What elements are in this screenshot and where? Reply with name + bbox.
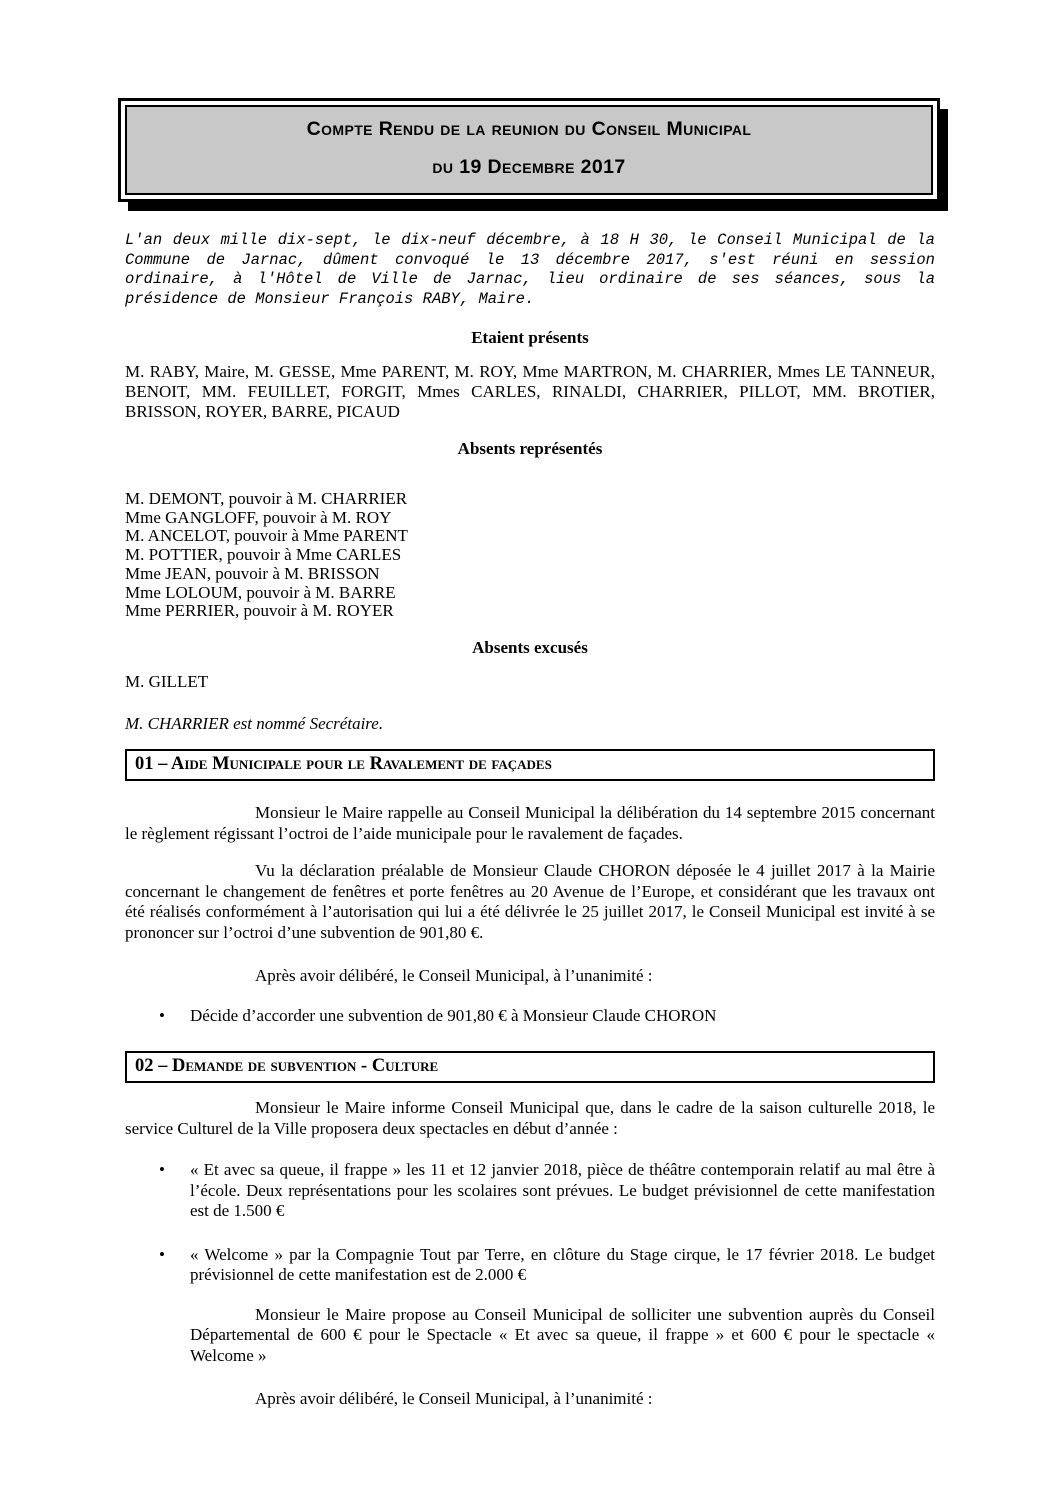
session-intro-paragraph: L'an deux mille dix-sept, le dix-neuf dé…: [125, 231, 935, 309]
proxy-line: M. DEMONT, pouvoir à M. CHARRIER: [125, 490, 935, 509]
presents-heading: Etaient présents: [125, 328, 935, 349]
item01-paragraph-1: Monsieur le Maire rappelle au Conseil Mu…: [125, 803, 935, 844]
proxy-line: Mme GANGLOFF, pouvoir à M. ROY: [125, 509, 935, 528]
bullet-icon: •: [159, 1245, 165, 1266]
absents-excuses-heading: Absents excusés: [125, 638, 935, 659]
proxy-line: Mme LOLOUM, pouvoir à M. BARRE: [125, 584, 935, 603]
absents-representes-list: M. DEMONT, pouvoir à M. CHARRIER Mme GAN…: [125, 490, 935, 621]
item01-deliberation-line: Après avoir délibéré, le Conseil Municip…: [125, 966, 935, 987]
secretary-note: M. CHARRIER est nommé Secrétaire.: [125, 714, 935, 735]
item02-show-2-text: « Welcome » par la Compagnie Tout par Te…: [190, 1245, 935, 1285]
title-banner: Compte Rendu de la reunion du Conseil Mu…: [118, 98, 940, 202]
section-heading-01: 01 – Aide Municipale pour le Ravalement …: [125, 749, 935, 781]
list-item: • « Welcome » par la Compagnie Tout par …: [190, 1245, 935, 1286]
item02-deliberation-line: Après avoir délibéré, le Conseil Municip…: [125, 1389, 935, 1410]
document-body: L'an deux mille dix-sept, le dix-neuf dé…: [125, 231, 935, 1410]
document-page: Compte Rendu de la reunion du Conseil Mu…: [0, 0, 1058, 1497]
item02-show-1-text: « Et avec sa queue, il frappe » les 11 e…: [190, 1160, 935, 1220]
item02-paragraph-2: Monsieur le Maire propose au Conseil Mun…: [190, 1305, 935, 1367]
document-title-line2: du 19 Decembre 2017: [127, 156, 931, 178]
proxy-line: M. POTTIER, pouvoir à Mme CARLES: [125, 546, 935, 565]
document-title-line1: Compte Rendu de la reunion du Conseil Mu…: [127, 118, 931, 140]
list-item: • Décide d’accorder une subvention de 90…: [190, 1006, 935, 1027]
proxy-line: Mme JEAN, pouvoir à M. BRISSON: [125, 565, 935, 584]
proxy-line: M. ANCELOT, pouvoir à Mme PARENT: [125, 527, 935, 546]
presents-list: M. RABY, Maire, M. GESSE, Mme PARENT, M.…: [125, 362, 935, 422]
title-banner-inner: Compte Rendu de la reunion du Conseil Mu…: [125, 105, 933, 195]
item01-paragraph-2: Vu la déclaration préalable de Monsieur …: [125, 861, 935, 943]
bullet-icon: •: [159, 1160, 165, 1181]
absents-representes-heading: Absents représentés: [125, 439, 935, 460]
proxy-line: Mme PERRIER, pouvoir à M. ROYER: [125, 602, 935, 621]
list-item: • « Et avec sa queue, il frappe » les 11…: [190, 1160, 935, 1222]
absents-excuses-list: M. GILLET: [125, 672, 935, 693]
item02-paragraph-1: Monsieur le Maire informe Conseil Munici…: [125, 1098, 935, 1139]
bullet-icon: •: [159, 1006, 165, 1027]
item01-decision-list: • Décide d’accorder une subvention de 90…: [125, 1006, 935, 1027]
item02-shows-list: • « Et avec sa queue, il frappe » les 11…: [125, 1160, 935, 1286]
item01-decision-text: Décide d’accorder une subvention de 901,…: [190, 1006, 716, 1025]
section-heading-02: 02 – Demande de subvention - Culture: [125, 1051, 935, 1083]
